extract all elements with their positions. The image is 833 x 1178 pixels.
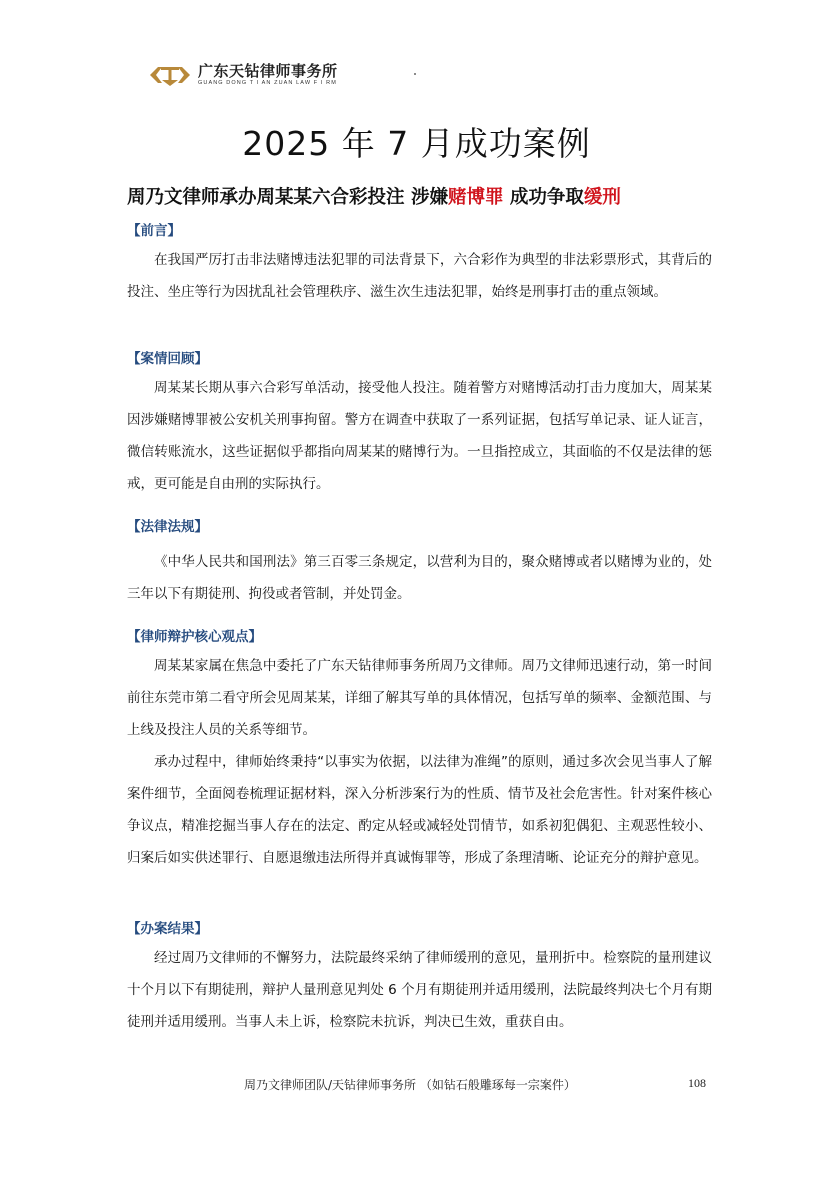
section-heading-laws: 【法律法规】 <box>127 515 208 535</box>
paragraph: 《中华人民共和国刑法》第三百零三条规定，以营利为目的，聚众赌博或者以赌博为业的，… <box>127 546 712 610</box>
paragraph: 在我国严厉打击非法赌博违法犯罪的司法背景下，六合彩作为典型的非法彩票形式，其背后… <box>127 244 712 308</box>
firm-logo: 广东天钻律师事务所 GUANG DONG T I AN ZUAN LAW F I… <box>148 60 338 90</box>
section-heading-preface: 【前言】 <box>127 219 181 239</box>
page-title: 2025 年 7 月成功案例 <box>0 118 833 165</box>
section-body-result: 经过周乃文律师的不懈努力，法院最终采纳了律师缓刑的意见，量刑折中。检察院的量刑建… <box>127 942 712 1038</box>
section-heading-defense: 【律师辩护核心观点】 <box>127 625 262 645</box>
page-footer: 周乃文律师团队/天钻律师事务所 （如钻石般雕琢每一宗案件） <box>244 1076 576 1093</box>
paragraph: 经过周乃文律师的不懈努力，法院最终采纳了律师缓刑的意见，量刑折中。检察院的量刑建… <box>127 942 712 1038</box>
logo-chinese-name: 广东天钻律师事务所 <box>198 63 338 80</box>
logo-english-name: GUANG DONG T I AN ZUAN LAW F I RM <box>198 80 338 87</box>
case-title-highlight-charge: 赌博罪 <box>448 187 504 208</box>
case-title-part: 周乃文律师承办周某某六合彩投注 涉嫌 <box>127 187 448 208</box>
page-number: 108 <box>688 1076 706 1091</box>
paragraph: 周某某长期从事六合彩写单活动，接受他人投注。随着警方对赌博活动打击力度加大，周某… <box>127 372 712 500</box>
paragraph: 承办过程中，律师始终秉持“以事实为依据，以法律为准绳”的原则，通过多次会见当事人… <box>127 746 712 874</box>
section-heading-case-review: 【案情回顾】 <box>127 347 208 367</box>
diamond-t-logo-icon <box>148 63 192 87</box>
section-heading-result: 【办案结果】 <box>127 917 208 937</box>
section-body-case-review: 周某某长期从事六合彩写单活动，接受他人投注。随着警方对赌博活动打击力度加大，周某… <box>127 372 712 500</box>
section-body-preface: 在我国严厉打击非法赌博违法犯罪的司法背景下，六合彩作为典型的非法彩票形式，其背后… <box>127 244 712 308</box>
decorative-dot <box>414 73 416 75</box>
section-body-laws: 《中华人民共和国刑法》第三百零三条规定，以营利为目的，聚众赌博或者以赌博为业的，… <box>127 546 712 610</box>
case-title-highlight-result: 缓刑 <box>584 187 621 208</box>
paragraph: 周某某家属在焦急中委托了广东天钻律师事务所周乃文律师。周乃文律师迅速行动，第一时… <box>127 650 712 746</box>
case-title: 周乃文律师承办周某某六合彩投注 涉嫌赌博罪 成功争取缓刑 <box>127 183 621 209</box>
case-title-part: 成功争取 <box>503 187 583 208</box>
section-body-defense: 周某某家属在焦急中委托了广东天钻律师事务所周乃文律师。周乃文律师迅速行动，第一时… <box>127 650 712 874</box>
